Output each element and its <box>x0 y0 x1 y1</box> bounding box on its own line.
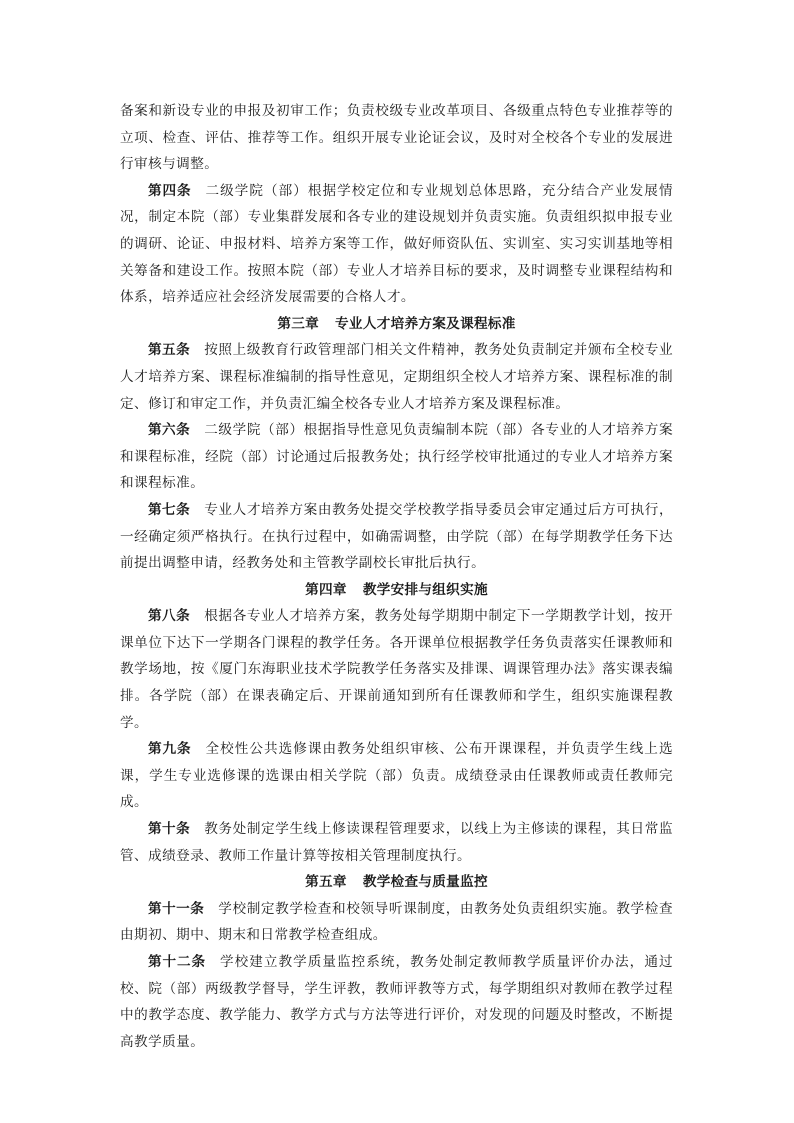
article-text: 教务处制定学生线上修读课程管理要求，以线上为主修读的课程，其日常监管、成绩登录、… <box>120 821 673 864</box>
chapter-title: 专业人才培养方案及课程标准 <box>335 316 516 332</box>
article-text: 二级学院（部）根据指导性意见负责编制本院（部）各专业的人才培养方案和课程标准，经… <box>120 422 673 491</box>
article-label: 第六条 <box>148 422 190 438</box>
chapter-3-heading: 第三章专业人才培养方案及课程标准 <box>120 311 673 338</box>
chapter-number: 第四章 <box>305 582 347 598</box>
article-6: 第六条二级学院（部）根据指导性意见负责编制本院（部）各专业的人才培养方案和课程标… <box>120 417 673 497</box>
article-4: 第四条二级学院（部）根据学校定位和专业规划总体思路，充分结合产业发展情况，制定本… <box>120 178 673 311</box>
article-12: 第十二条学校建立教学质量监控系统，教务处制定教师教学质量评价办法，通过校、院（部… <box>120 949 673 1055</box>
chapter-5-heading: 第五章教学检查与质量监控 <box>120 869 673 896</box>
article-text: 专业人才培养方案由教务处提交学校教学指导委员会审定通过后方可执行，一经确定须严格… <box>120 502 673 571</box>
article-10: 第十条教务处制定学生线上修读课程管理要求，以线上为主修读的课程，其日常监管、成绩… <box>120 816 673 869</box>
chapter-title: 教学安排与组织实施 <box>363 582 488 598</box>
article-label: 第十一条 <box>148 901 204 917</box>
article-label: 第十条 <box>148 821 190 837</box>
paragraph-continuation: 备案和新设专业的申报及初审工作；负责校级专业改革项目、各级重点特色专业推荐等的立… <box>120 98 673 178</box>
chapter-title: 教学检查与质量监控 <box>363 874 488 890</box>
article-text: 按照上级教育行政管理部门相关文件精神，教务处负责制定并颁布全校专业人才培养方案、… <box>120 342 673 411</box>
article-7: 第七条专业人才培养方案由教务处提交学校教学指导委员会审定通过后方可执行，一经确定… <box>120 497 673 577</box>
article-text: 根据各专业人才培养方案，教务处每学期期中制定下一学期教学计划，按开课单位下达下一… <box>120 608 673 730</box>
paragraph-text: 备案和新设专业的申报及初审工作；负责校级专业改革项目、各级重点特色专业推荐等的立… <box>120 103 673 172</box>
article-5: 第五条按照上级教育行政管理部门相关文件精神，教务处负责制定并颁布全校专业人才培养… <box>120 337 673 417</box>
chapter-number: 第三章 <box>277 316 319 332</box>
article-label: 第九条 <box>148 741 191 757</box>
article-label: 第四条 <box>148 183 191 199</box>
article-text: 二级学院（部）根据学校定位和专业规划总体思路，充分结合产业发展情况，制定本院（部… <box>120 183 673 305</box>
article-9: 第九条全校性公共选修课由教务处组织审核、公布开课课程，并负责学生线上选课，学生专… <box>120 736 673 816</box>
chapter-4-heading: 第四章教学安排与组织实施 <box>120 577 673 604</box>
article-label: 第八条 <box>148 608 190 624</box>
chapter-number: 第五章 <box>305 874 347 890</box>
article-11: 第十一条学校制定教学检查和校领导听课制度，由教务处负责组织实施。教学检查由期初、… <box>120 896 673 949</box>
document-page: 备案和新设专业的申报及初审工作；负责校级专业改革项目、各级重点特色专业推荐等的立… <box>120 98 673 1055</box>
article-label: 第七条 <box>148 502 190 518</box>
article-label: 第五条 <box>148 342 190 358</box>
article-label: 第十二条 <box>148 954 206 970</box>
article-8: 第八条根据各专业人才培养方案，教务处每学期期中制定下一学期教学计划，按开课单位下… <box>120 603 673 736</box>
article-text: 全校性公共选修课由教务处组织审核、公布开课课程，并负责学生线上选课，学生专业选修… <box>120 741 673 810</box>
